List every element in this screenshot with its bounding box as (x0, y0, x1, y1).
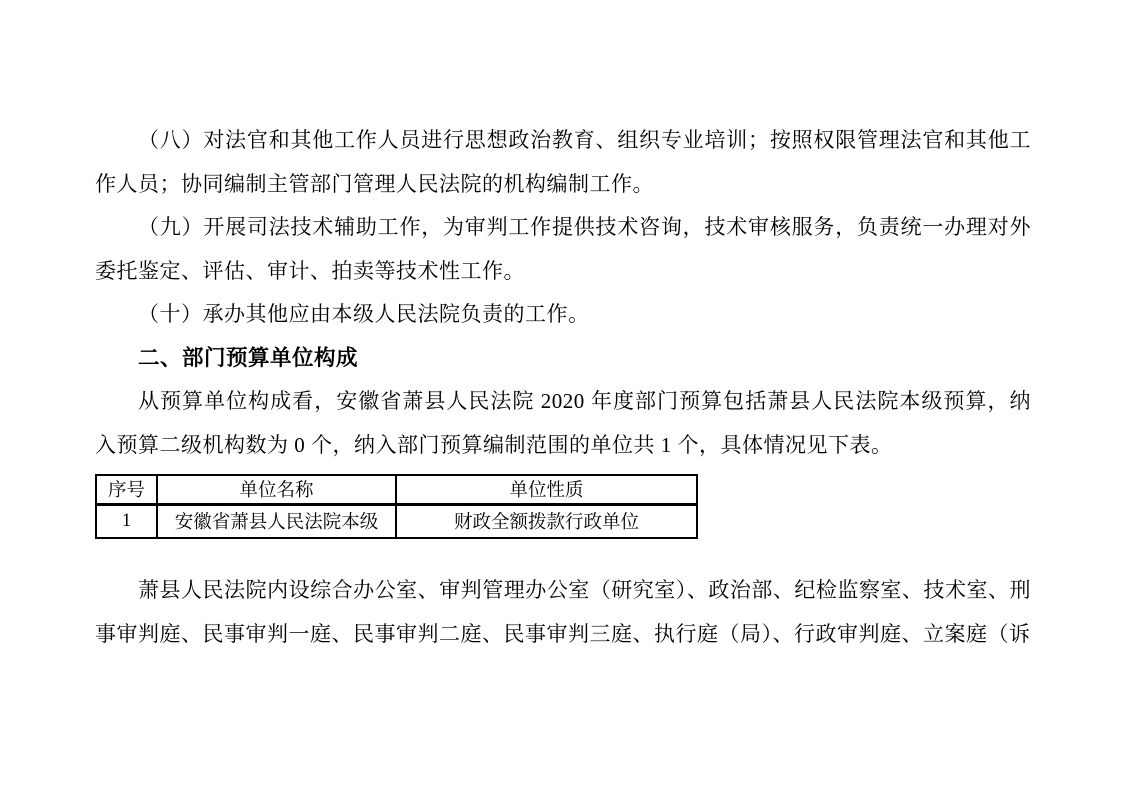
duty-paragraph-10: （十）承办其他应由本级人民法院负责的工作。 (95, 293, 1031, 337)
table-row: 1 安徽省萧县人民法院本级 财政全额拨款行政单位 (96, 504, 697, 538)
table-header-index: 序号 (96, 475, 157, 504)
table-header-unit-nature: 单位性质 (396, 475, 697, 504)
duty-paragraph-8: （八）对法官和其他工作人员进行思想政治教育、组织专业培训；按照权限管理法官和其他… (95, 119, 1031, 206)
table-cell-index: 1 (96, 504, 157, 538)
document-page: （八）对法官和其他工作人员进行思想政治教育、组织专业培训；按照权限管理法官和其他… (0, 0, 1122, 793)
table-header-row: 序号 单位名称 单位性质 (96, 475, 697, 504)
table-cell-unit-name: 安徽省萧县人民法院本级 (157, 504, 396, 538)
section-heading-budget-unit-composition: 二、部门预算单位构成 (95, 337, 1031, 381)
duty-paragraph-9: （九）开展司法技术辅助工作，为审判工作提供技术咨询，技术审核服务，负责统一办理对… (95, 206, 1031, 293)
document-content: （八）对法官和其他工作人员进行思想政治教育、组织专业培训；按照权限管理法官和其他… (95, 119, 1031, 656)
table-cell-unit-nature: 财政全额拨款行政单位 (396, 504, 697, 538)
budget-unit-table: 序号 单位名称 单位性质 1 安徽省萧县人民法院本级 财政全额拨款行政单位 (95, 474, 698, 539)
closing-paragraph: 萧县人民法院内设综合办公室、审判管理办公室（研究室）、政治部、纪检监察室、技术室… (95, 569, 1031, 656)
table-header-unit-name: 单位名称 (157, 475, 396, 504)
intro-paragraph: 从预算单位构成看，安徽省萧县人民法院 2020 年度部门预算包括萧县人民法院本级… (95, 380, 1031, 467)
